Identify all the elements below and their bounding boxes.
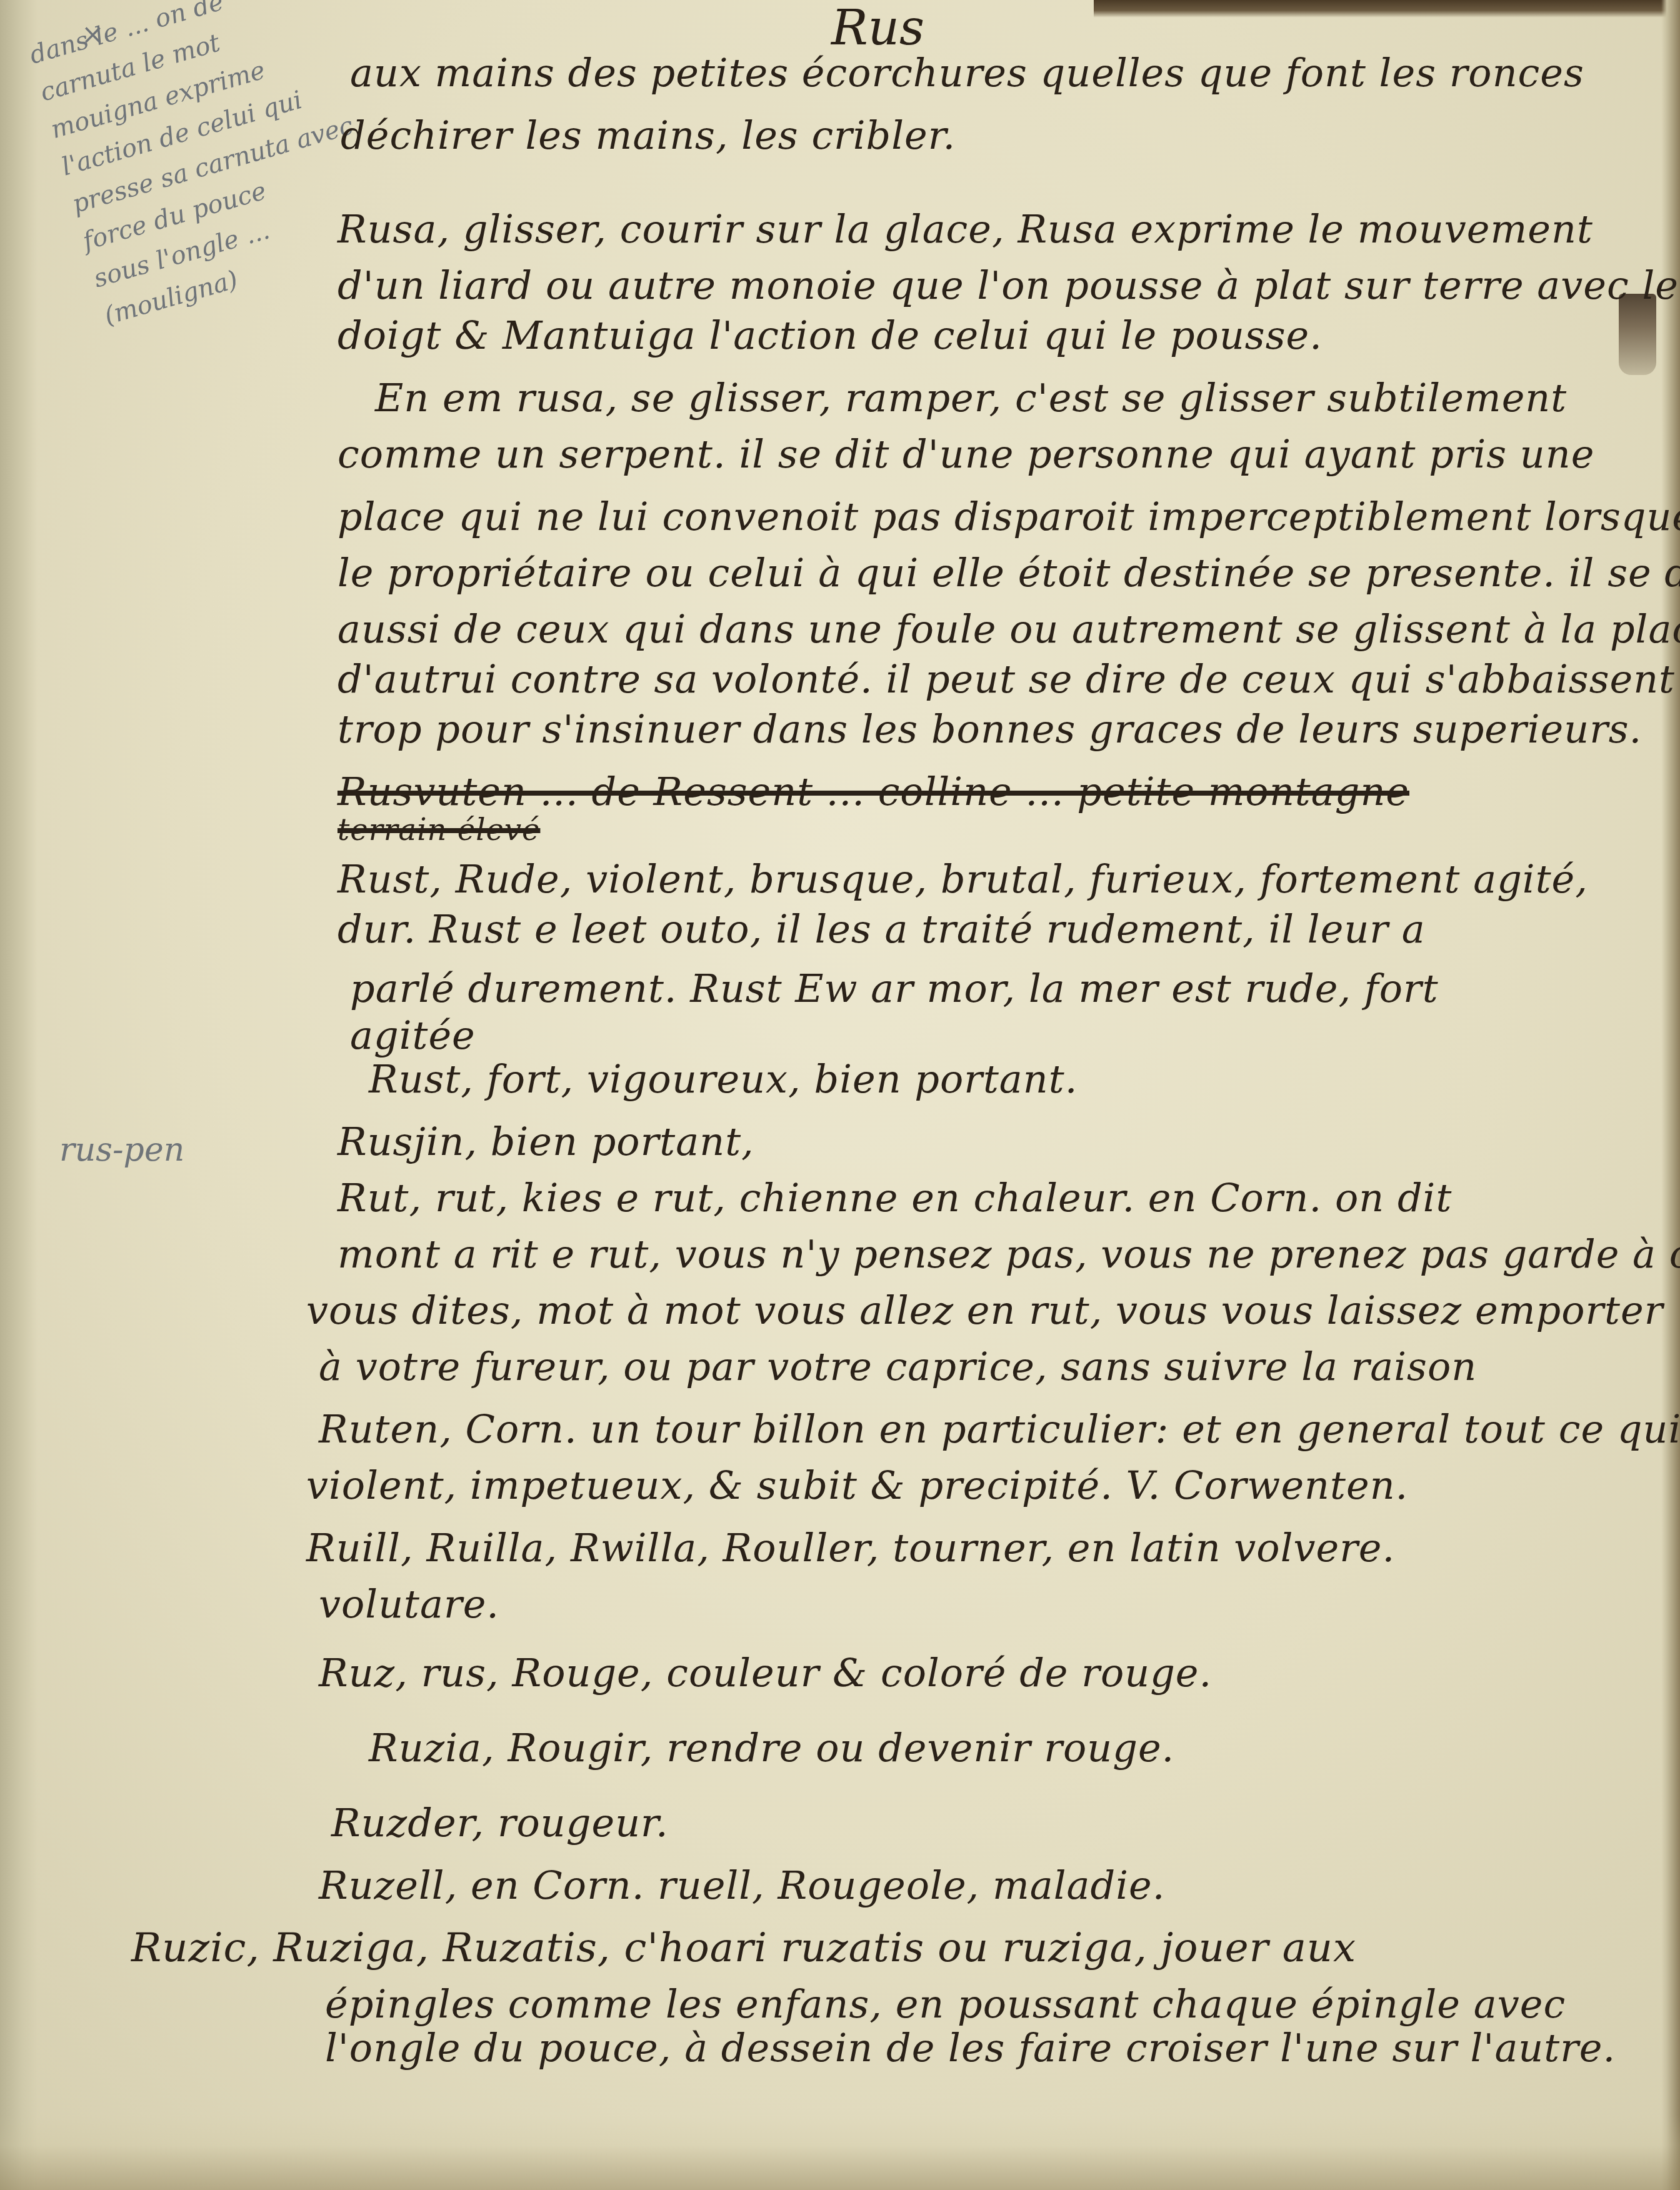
text-line: trop pour s'insinuer dans les bonnes gra… bbox=[337, 706, 1642, 752]
text-line: volutare. bbox=[319, 1581, 499, 1627]
text-line: aussi de ceux qui dans une foule ou autr… bbox=[337, 606, 1680, 652]
text-line: dur. Rust e leet outo, il les a traité r… bbox=[337, 906, 1426, 952]
text-line: à votre fureur, ou par votre caprice, sa… bbox=[319, 1344, 1477, 1389]
text-line: déchirer les mains, les cribler. bbox=[341, 112, 956, 158]
text-line: l'ongle du pouce, à dessein de les faire… bbox=[325, 2025, 1616, 2071]
entry-rusjin: Rusjin, bien portant, bbox=[337, 1119, 754, 1164]
page-top-edge bbox=[1094, 0, 1680, 17]
text-line: aux mains des petites écorchures quelles… bbox=[350, 50, 1584, 96]
text-line: d'autrui contre sa volonté. il peut se d… bbox=[337, 656, 1675, 702]
entry-ruzell: Ruzell, en Corn. ruell, Rougeole, maladi… bbox=[319, 1862, 1166, 1908]
margin-note-rus-pen: rus-pen bbox=[59, 1131, 184, 1169]
entry-rusa: Rusa, glisser, courir sur la glace, Rusa… bbox=[337, 206, 1593, 252]
text-line: épingles comme les enfans, en poussant c… bbox=[325, 1981, 1566, 2027]
entry-rust: Rust, Rude, violent, brusque, brutal, fu… bbox=[337, 856, 1588, 902]
struck-entry-continued: terrain élevé bbox=[337, 812, 540, 847]
text-line: violent, impetueux, & subit & precipité.… bbox=[306, 1462, 1408, 1508]
text-line: d'un liard ou autre monoie que l'on pous… bbox=[337, 262, 1679, 308]
text-line: comme un serpent. il se dit d'une person… bbox=[337, 431, 1594, 477]
text-line: mont a rit e rut, vous n'y pensez pas, v… bbox=[337, 1231, 1680, 1277]
manuscript-page: × dans le ... on de carnuta le mot mouig… bbox=[0, 0, 1680, 2190]
text-line: agitée bbox=[350, 1012, 476, 1058]
entry-ruill: Ruill, Ruilla, Rwilla, Rouller, tourner,… bbox=[306, 1525, 1395, 1571]
entry-rut: Rut, rut, kies e rut, chienne en chaleur… bbox=[337, 1175, 1452, 1221]
struck-entry: Rusvuten ... de Ressent ... colline ... … bbox=[337, 769, 1409, 814]
entry-ruz: Ruz, rus, Rouge, couleur & coloré de rou… bbox=[319, 1650, 1212, 1696]
water-stain bbox=[0, 2115, 1680, 2190]
entry-ruzder: Ruzder, rougeur. bbox=[331, 1800, 669, 1846]
entry-ruten: Ruten, Corn. un tour billon en particuli… bbox=[319, 1406, 1680, 1452]
entry-ruzia: Ruzia, Rougir, rendre ou devenir rouge. bbox=[369, 1725, 1174, 1771]
text-line: place qui ne lui convenoit pas disparoit… bbox=[337, 494, 1680, 539]
text-line: vous dites, mot à mot vous allez en rut,… bbox=[306, 1287, 1663, 1333]
page-binding-shadow bbox=[0, 0, 37, 2190]
text-line: doigt & Mantuiga l'action de celui qui l… bbox=[337, 312, 1322, 358]
entry-ruzic: Ruzic, Ruziga, Ruzatis, c'hoari ruzatis … bbox=[131, 1925, 1356, 1971]
page-right-edge bbox=[1661, 0, 1680, 2190]
text-line: le propriétaire ou celui à qui elle étoi… bbox=[337, 550, 1680, 596]
text-line: parlé durement. Rust Ew ar mor, la mer e… bbox=[350, 966, 1439, 1011]
entry-en-em-rusa: En em rusa, se glisser, ramper, c'est se… bbox=[375, 375, 1567, 421]
entry-rust-fort: Rust, fort, vigoureux, bien portant. bbox=[369, 1056, 1077, 1102]
page-heading: Rus bbox=[831, 0, 924, 56]
